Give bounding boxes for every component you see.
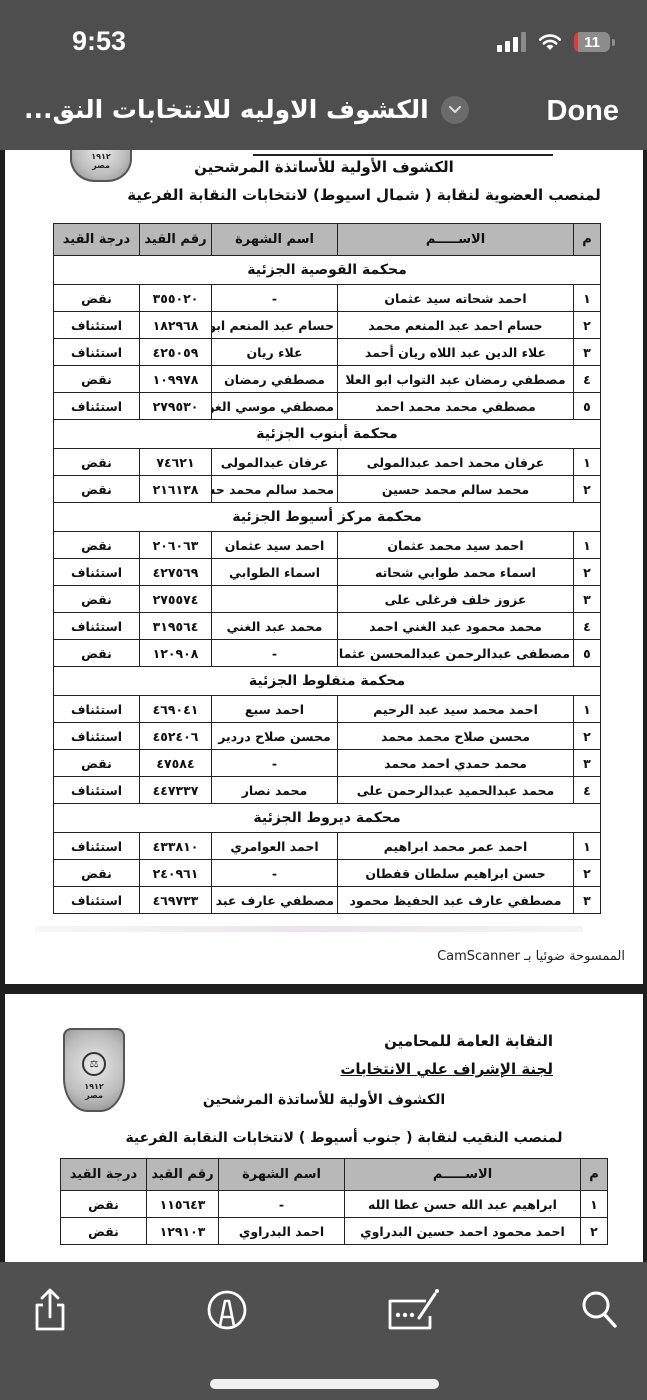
- cell-index: ٢: [581, 1218, 608, 1245]
- cell-index: ٤: [574, 366, 601, 393]
- bottom-toolbar: [0, 1262, 647, 1400]
- cell-alias: محمد نصار: [212, 777, 338, 804]
- court-name: محكمة أبنوب الجزئية: [54, 420, 601, 449]
- cell-name: علاء الدين عبد اللاه ريان أحمد: [338, 339, 574, 366]
- cell-name: مصطفى عبدالرحمن عبدالمحسن عثمان: [338, 640, 574, 667]
- cell-alias: مصطفي عارف عبد الحفيظ: [212, 887, 338, 914]
- cell-registration-grade: استئناف: [54, 613, 140, 640]
- cell-index: ٢: [574, 559, 601, 586]
- cell-registration-number: ٤٧٥٨٤: [140, 750, 212, 777]
- cell-registration-grade: استئناف: [54, 559, 140, 586]
- cell-registration-number: ١٢٠٩٠٨: [140, 640, 212, 667]
- cell-alias: [212, 586, 338, 613]
- cell-registration-grade: استئناف: [54, 833, 140, 860]
- candidates-table: م الاســـــم اسم الشهرة رقم القيد درجة ا…: [53, 223, 601, 914]
- cell-registration-number: ٢٠٦٠٦٣: [140, 532, 212, 559]
- scanner-watermark: الممسوحة ضوئيا بـ CamScanner: [437, 949, 625, 964]
- emblem-country: مصر: [92, 161, 110, 170]
- emblem-year: ١٩١٢: [84, 1082, 104, 1091]
- cell-registration-grade: استئناف: [54, 777, 140, 804]
- court-name: محكمة ديروط الجزئية: [54, 804, 601, 833]
- committee-name: لجنة الإشراف علي الانتخابات: [340, 1060, 553, 1078]
- cell-name: احمد شحاته سيد عثمان: [338, 285, 574, 312]
- cell-name: محسن صلاح محمد محمد: [338, 723, 574, 750]
- navigation-bar: الكشوف الاوليه للانتخابات النق... Done: [0, 85, 647, 145]
- page-title: الكشوف الأولية للأساتذة المرشحين: [155, 1092, 493, 1108]
- cell-registration-number: ١٠٩٩٧٨: [140, 366, 212, 393]
- header-name: الاســـــم: [345, 1159, 581, 1191]
- header-registration-number: رقم القيد: [147, 1159, 219, 1191]
- battery-level: 11: [584, 34, 600, 51]
- markup-icon[interactable]: [205, 1288, 249, 1332]
- cell-registration-number: ٣٥٥٠٢٠: [140, 285, 212, 312]
- scales-of-justice-icon: ⚖: [82, 1052, 106, 1076]
- document-title-menu[interactable]: الكشوف الاوليه للانتخابات النق...: [24, 95, 469, 124]
- court-name: محكمة القوصية الجزئية: [54, 256, 601, 285]
- court-name: محكمة منفلوط الجزئية: [54, 667, 601, 696]
- organization-name: النقابة العامة للمحامين: [384, 1032, 553, 1050]
- cell-alias: علاء ريان: [212, 339, 338, 366]
- cell-name: محمد سالم محمد حسين: [338, 476, 574, 503]
- header-index: م: [581, 1159, 608, 1191]
- cell-index: ١: [574, 449, 601, 476]
- cell-index: ٢: [574, 860, 601, 887]
- cell-registration-grade: استئناف: [54, 339, 140, 366]
- cell-registration-grade: نقض: [61, 1218, 147, 1245]
- cell-alias: -: [212, 285, 338, 312]
- cell-registration-number: ٢٤٠٩٦١: [140, 860, 212, 887]
- cell-registration-grade: نقض: [61, 1191, 147, 1218]
- cell-name: احمد محمد سيد عبد الرحيم: [338, 696, 574, 723]
- pdf-viewer-screen: 9:53 11 الكشوف الاوليه للانتخابات النق..…: [0, 0, 647, 1400]
- cell-registration-number: ٢٧٥٥٧٤: [140, 586, 212, 613]
- cell-alias: احمد سبع: [212, 696, 338, 723]
- court-section-row: محكمة القوصية الجزئية: [54, 256, 601, 285]
- cell-name: حسام احمد عبد المنعم محمد: [338, 312, 574, 339]
- header-alias: اسم الشهرة: [219, 1159, 345, 1191]
- cell-alias: عرفان عبدالمولى: [212, 449, 338, 476]
- cell-index: ٤: [574, 777, 601, 804]
- page-subtitle: لمنصب النقيب لنقابة ( جنوب أسيوط ) لانتخ…: [105, 1130, 583, 1146]
- court-section-row: محكمة ديروط الجزئية: [54, 804, 601, 833]
- bar-association-emblem: ١٩١٢ مصر: [70, 150, 132, 182]
- emblem-country: مصر: [85, 1091, 103, 1100]
- header-name: الاســـــم: [338, 224, 574, 256]
- cell-registration-number: ٤٦٩٠٤١: [140, 696, 212, 723]
- cell-registration-grade: نقض: [54, 366, 140, 393]
- table-row: ٣مصطفي عارف عبد الحفيظ محمودمصطفي عارف ع…: [54, 887, 601, 914]
- cell-alias: احمد العوامري: [212, 833, 338, 860]
- cell-registration-grade: استئناف: [54, 696, 140, 723]
- cell-index: ١: [574, 696, 601, 723]
- cell-alias: مصطفي موسي الغول: [212, 393, 338, 420]
- header-registration-grade: درجة القيد: [54, 224, 140, 256]
- cellular-signal-icon: [497, 32, 526, 52]
- cell-index: ١: [574, 532, 601, 559]
- cell-index: ٢: [574, 476, 601, 503]
- cell-index: ٢: [574, 723, 601, 750]
- cell-alias: -: [212, 640, 338, 667]
- table-row: ٣محمد حمدي احمد محمد-٤٧٥٨٤نقض: [54, 750, 601, 777]
- table-row: ١احمد شحاته سيد عثمان-٣٥٥٠٢٠نقض: [54, 285, 601, 312]
- cell-name: مصطفي عارف عبد الحفيظ محمود: [338, 887, 574, 914]
- table-row: ١احمد سيد محمد عثماناحمد سيد عثمان٢٠٦٠٦٣…: [54, 532, 601, 559]
- cell-registration-number: ٢٧٩٥٣٠: [140, 393, 212, 420]
- cell-name: عزوز خلف فرغلى على: [338, 586, 574, 613]
- cell-alias: -: [212, 860, 338, 887]
- cell-name: محمد حمدي احمد محمد: [338, 750, 574, 777]
- cell-index: ٣: [574, 339, 601, 366]
- cell-index: ٣: [574, 586, 601, 613]
- cell-name: مصطفي رمضان عبد التواب ابو العلا: [338, 366, 574, 393]
- cell-name: مصطفي محمد محمد احمد: [338, 393, 574, 420]
- page-title: الكشوف الأولية للأساتذة المرشحين: [155, 158, 493, 176]
- cell-registration-number: ٤٤٧٣٣٧: [140, 777, 212, 804]
- cut-off-heading: [253, 150, 553, 156]
- cell-registration-grade: نقض: [54, 449, 140, 476]
- table-header-row: م الاســـــم اسم الشهرة رقم القيد درجة ا…: [61, 1159, 608, 1191]
- table-row: ٢احمد محمود احمد حسين البدراوياحمد البدر…: [61, 1218, 608, 1245]
- status-time: 9:53: [72, 26, 126, 57]
- cell-alias: -: [212, 750, 338, 777]
- cell-registration-number: ٤٣٣٨١٠: [140, 833, 212, 860]
- signature-form-icon[interactable]: [384, 1288, 444, 1332]
- cell-registration-number: ٣١٩٥٦٤: [140, 613, 212, 640]
- table-row: ١ابراهيم عبد الله حسن عطا الله-١١٥٦٤٣نقض: [61, 1191, 608, 1218]
- cell-registration-number: ١١٥٦٤٣: [147, 1191, 219, 1218]
- cell-alias: مصطفي رمضان: [212, 366, 338, 393]
- table-row: ٥مصطفي محمد محمد احمدمصطفي موسي الغول٢٧٩…: [54, 393, 601, 420]
- cell-registration-number: ٧٤٦٢١: [140, 449, 212, 476]
- status-icons: 11: [497, 32, 615, 52]
- table-row: ٥مصطفى عبدالرحمن عبدالمحسن عثمان-١٢٠٩٠٨ن…: [54, 640, 601, 667]
- home-indicator[interactable]: [210, 1379, 439, 1389]
- cell-registration-grade: نقض: [54, 532, 140, 559]
- court-section-row: محكمة منفلوط الجزئية: [54, 667, 601, 696]
- cell-name: ابراهيم عبد الله حسن عطا الله: [345, 1191, 581, 1218]
- table-row: ٢محمد سالم محمد حسينمحمد سالم محمد حسين٢…: [54, 476, 601, 503]
- pdf-page-1: ١٩١٢ مصر الكشوف الأولية للأساتذة المرشحي…: [5, 150, 643, 984]
- table-header-row: م الاســـــم اسم الشهرة رقم القيد درجة ا…: [54, 224, 601, 256]
- cell-registration-number: ٤٢٥٠٥٩: [140, 339, 212, 366]
- cell-registration-number: ١٨٢٩٦٨: [140, 312, 212, 339]
- cell-registration-grade: نقض: [54, 586, 140, 613]
- scan-artifact: [35, 926, 583, 932]
- header-index: م: [574, 224, 601, 256]
- emblem-year: ١٩١٢: [91, 152, 111, 161]
- cell-registration-grade: نقض: [54, 476, 140, 503]
- search-icon[interactable]: [578, 1288, 622, 1332]
- cell-alias: احمد البدراوي: [219, 1218, 345, 1245]
- table-row: ٢حسن ابراهيم سلطان قفطان-٢٤٠٩٦١نقض: [54, 860, 601, 887]
- cell-index: ٢: [574, 312, 601, 339]
- done-button[interactable]: Done: [547, 95, 620, 128]
- cell-index: ٣: [574, 887, 601, 914]
- cell-name: محمد محمود عبد الغني احمد: [338, 613, 574, 640]
- document-title[interactable]: الكشوف الاوليه للانتخابات النق...: [24, 95, 429, 124]
- cell-index: ٥: [574, 393, 601, 420]
- cell-name: محمد عبدالحميد عبدالرحمن على: [338, 777, 574, 804]
- cell-name: احمد عمر محمد ابراهيم: [338, 833, 574, 860]
- cell-registration-grade: نقض: [54, 640, 140, 667]
- cell-alias: محمد عبد الغني: [212, 613, 338, 640]
- cell-alias: -: [219, 1191, 345, 1218]
- cell-index: ٣: [574, 750, 601, 777]
- cell-index: ١: [581, 1191, 608, 1218]
- table-row: ٢اسماء محمد طوابي شحاتهاسماء الطوابي٤٢٧٥…: [54, 559, 601, 586]
- cell-registration-number: ٢١٦١٣٨: [140, 476, 212, 503]
- table-row: ١احمد عمر محمد ابراهيماحمد العوامري٤٣٣٨١…: [54, 833, 601, 860]
- chevron-down-icon[interactable]: [441, 96, 469, 124]
- cell-name: عرفان محمد احمد عبدالمولى: [338, 449, 574, 476]
- cell-alias: احمد سيد عثمان: [212, 532, 338, 559]
- table-row: ٢حسام احمد عبد المنعم محمدحسام عبد المنع…: [54, 312, 601, 339]
- cell-registration-number: ٤٢٧٥٦٩: [140, 559, 212, 586]
- header-registration-number: رقم القيد: [140, 224, 212, 256]
- cell-name: احمد محمود احمد حسين البدراوي: [345, 1218, 581, 1245]
- header-registration-grade: درجة القيد: [61, 1159, 147, 1191]
- cell-registration-grade: استئناف: [54, 887, 140, 914]
- table-row: ١احمد محمد سيد عبد الرحيماحمد سبع٤٦٩٠٤١ا…: [54, 696, 601, 723]
- cell-registration-number: ١٢٩١٠٣: [147, 1218, 219, 1245]
- cell-registration-grade: نقض: [54, 285, 140, 312]
- court-name: محكمة مركز أسيوط الجزئية: [54, 503, 601, 532]
- table-row: ٣عزوز خلف فرغلى على٢٧٥٥٧٤نقض: [54, 586, 601, 613]
- header-alias: اسم الشهرة: [212, 224, 338, 256]
- page-subtitle: لمنصب العضوية لنقابة ( شمال اسيوط) لانتخ…: [125, 186, 603, 204]
- top-bar: 9:53 11 الكشوف الاوليه للانتخابات النق..…: [0, 0, 647, 150]
- battery-icon: 11: [574, 32, 610, 52]
- table-row: ٣علاء الدين عبد اللاه ريان أحمدعلاء ريان…: [54, 339, 601, 366]
- cell-registration-grade: نقض: [54, 860, 140, 887]
- cell-registration-grade: استئناف: [54, 393, 140, 420]
- cell-registration-grade: نقض: [54, 750, 140, 777]
- cell-alias: حسام عبد المنعم ابو سيف: [212, 312, 338, 339]
- cell-name: احمد سيد محمد عثمان: [338, 532, 574, 559]
- bar-association-emblem: ⚖ ١٩١٢ مصر: [63, 1028, 125, 1112]
- table-row: ٤مصطفي رمضان عبد التواب ابو العلامصطفي ر…: [54, 366, 601, 393]
- cell-registration-number: ٤٦٩٧٣٣: [140, 887, 212, 914]
- table-row: ٤محمد عبدالحميد عبدالرحمن علىمحمد نصار٤٤…: [54, 777, 601, 804]
- cell-alias: محمد سالم محمد حسين: [212, 476, 338, 503]
- wifi-icon: [538, 33, 562, 51]
- cell-registration-grade: استئناف: [54, 723, 140, 750]
- cell-index: ٥: [574, 640, 601, 667]
- cell-name: حسن ابراهيم سلطان قفطان: [338, 860, 574, 887]
- court-section-row: محكمة أبنوب الجزئية: [54, 420, 601, 449]
- cell-name: اسماء محمد طوابي شحاته: [338, 559, 574, 586]
- cell-index: ٤: [574, 613, 601, 640]
- share-icon[interactable]: [28, 1288, 72, 1332]
- cell-registration-grade: استئناف: [54, 312, 140, 339]
- table-row: ٤محمد محمود عبد الغني احمدمحمد عبد الغني…: [54, 613, 601, 640]
- cell-registration-number: ٤٥٢٤٠٦: [140, 723, 212, 750]
- cell-alias: اسماء الطوابي: [212, 559, 338, 586]
- table-row: ١عرفان محمد احمد عبدالمولىعرفان عبدالمول…: [54, 449, 601, 476]
- court-section-row: محكمة مركز أسيوط الجزئية: [54, 503, 601, 532]
- pdf-page-2: النقابة العامة للمحامين لجنة الإشراف علي…: [5, 994, 643, 1262]
- cell-index: ١: [574, 833, 601, 860]
- cell-alias: محسن صلاح دردير: [212, 723, 338, 750]
- candidates-table: م الاســـــم اسم الشهرة رقم القيد درجة ا…: [60, 1158, 608, 1245]
- cell-index: ١: [574, 285, 601, 312]
- table-row: ٢محسن صلاح محمد محمدمحسن صلاح دردير٤٥٢٤٠…: [54, 723, 601, 750]
